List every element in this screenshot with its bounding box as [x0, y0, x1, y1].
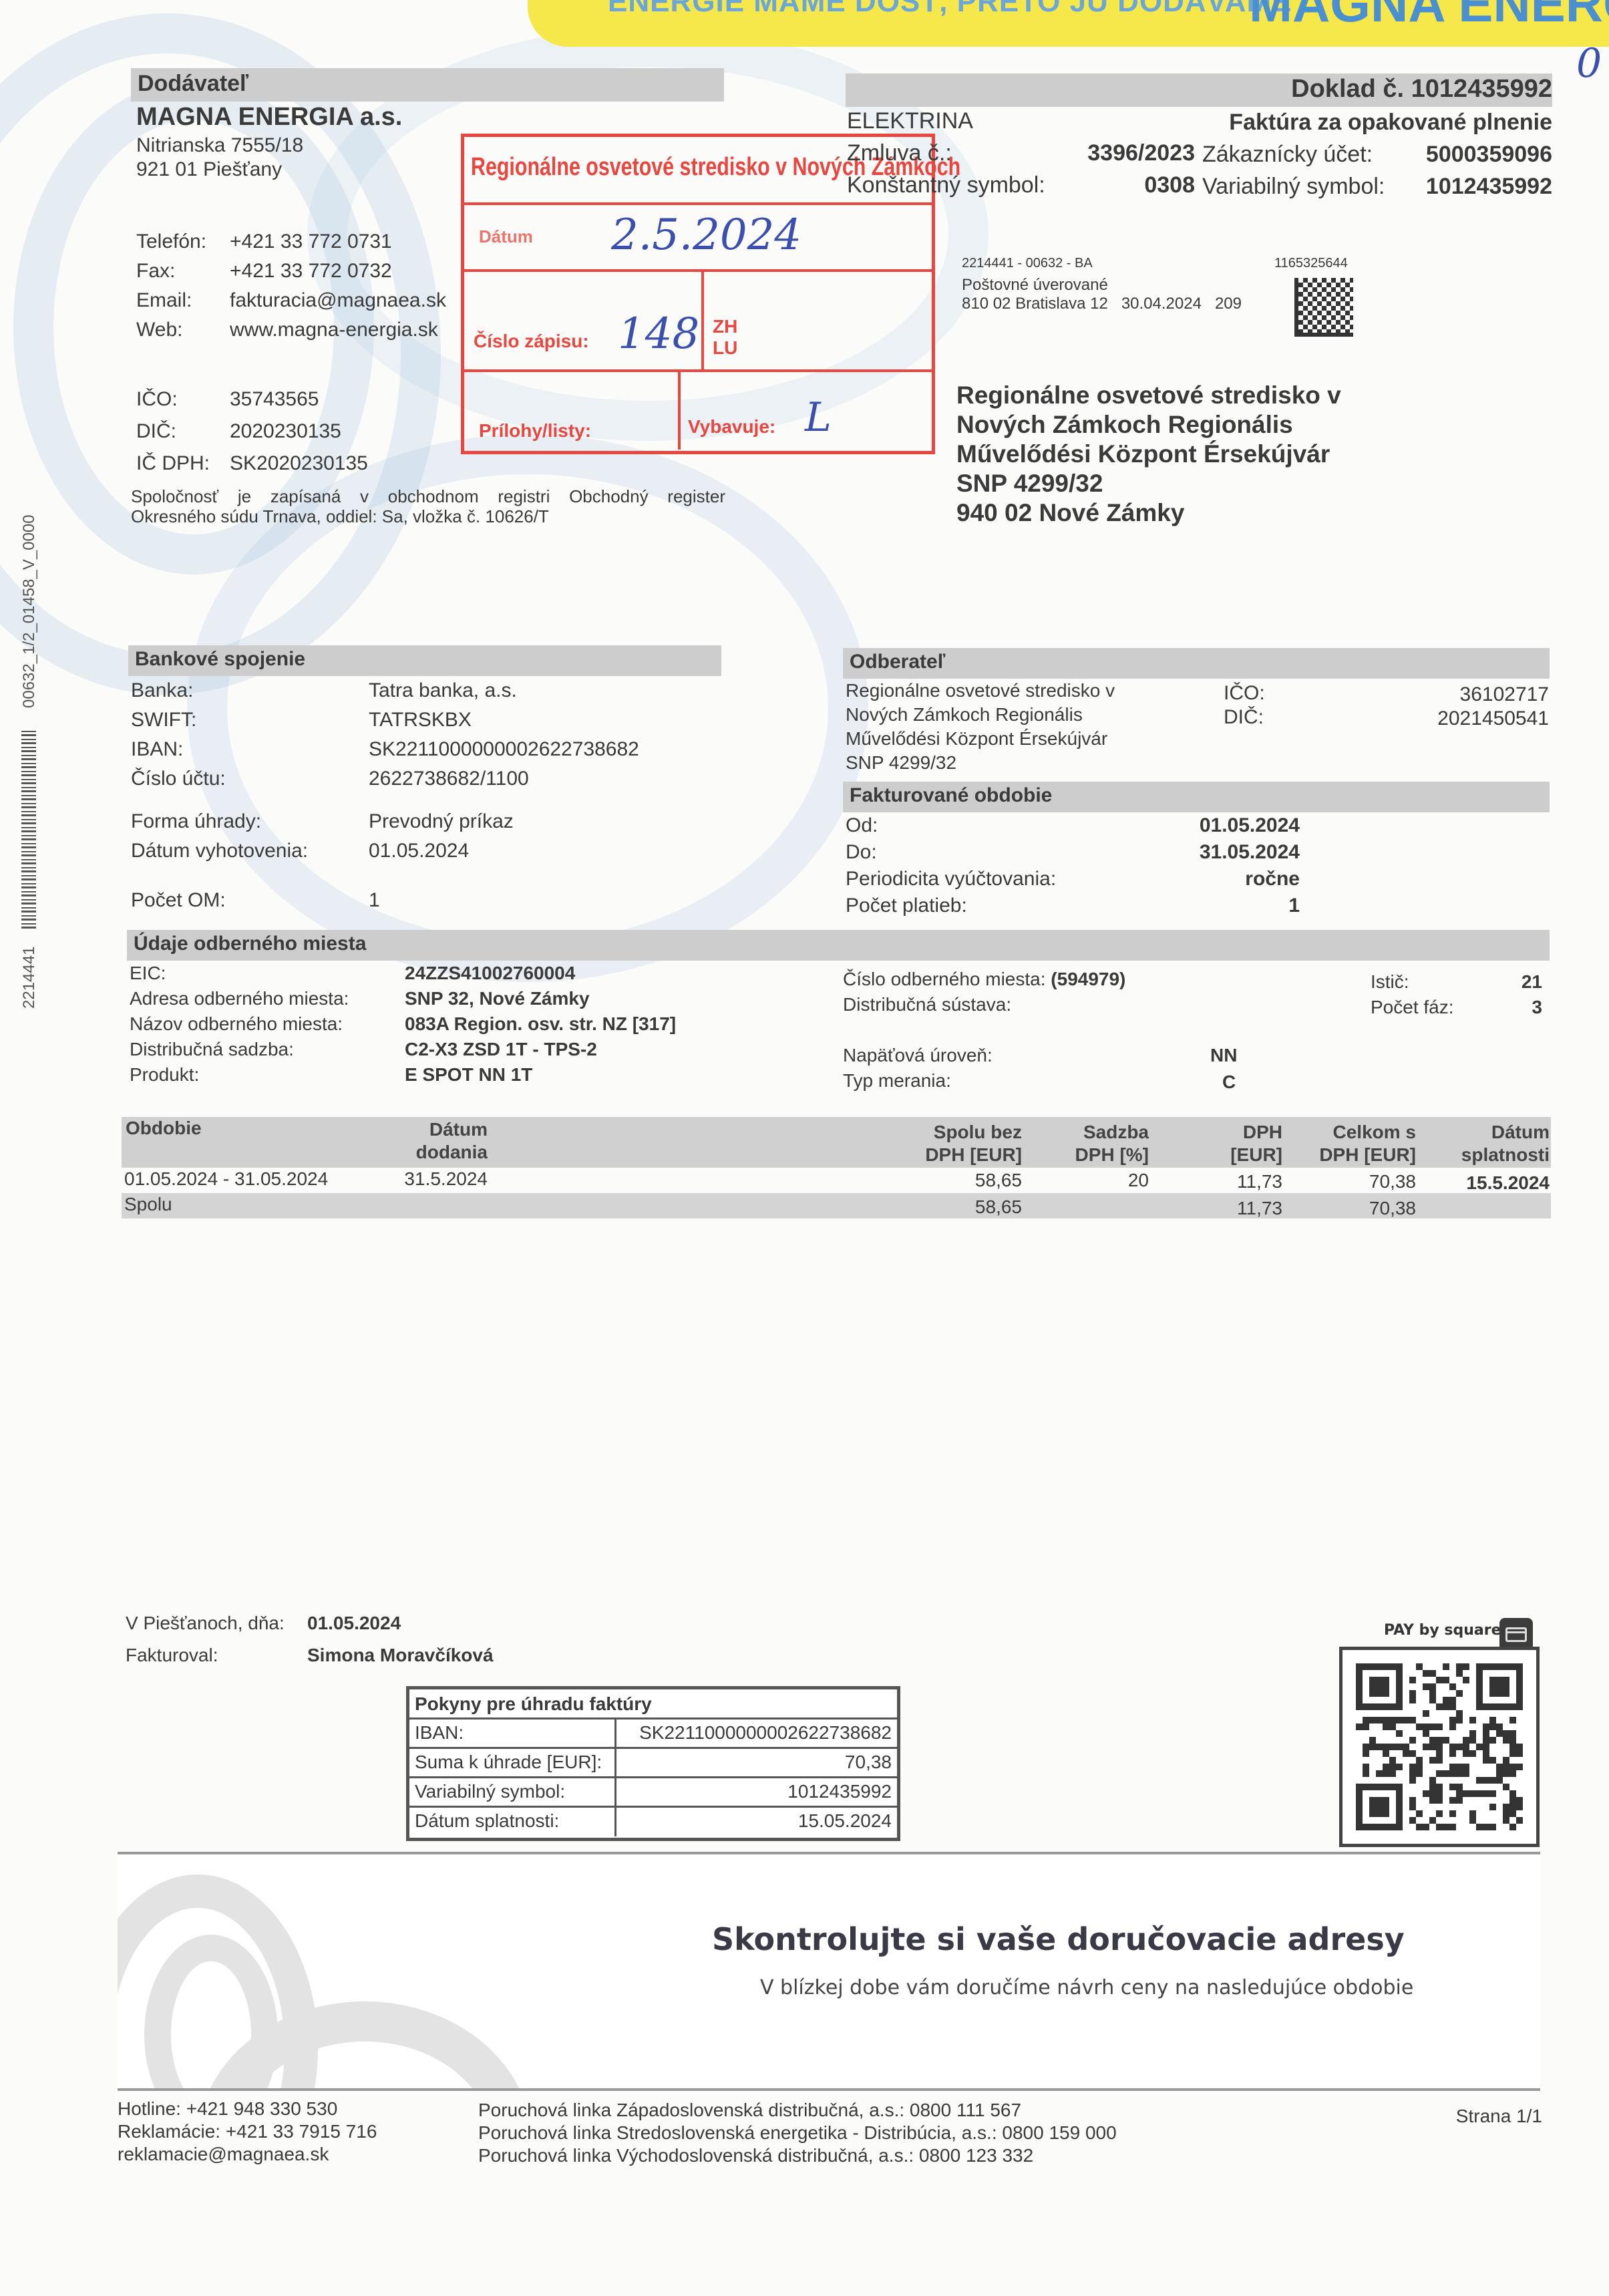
contract-label: Zmluva č.:	[847, 138, 952, 168]
site-phases-label: Počet fáz:	[1371, 994, 1454, 1021]
payment-info: Forma úhrady:Prevodný príkaz Dátum vyhot…	[131, 807, 514, 866]
footer-complaints: Reklamácie: +421 33 7915 716	[118, 2120, 377, 2143]
site-metering-value: C	[1222, 1069, 1236, 1096]
site-row: Distribučná sadzba:C2-X3 ZSD 1T - TPS-2	[130, 1037, 676, 1062]
stamp-handler-label: Vybavuje:	[688, 416, 775, 438]
banner-brand-logo: MAGNA ENERGI	[1249, 0, 1609, 34]
payment-amount: 70,38	[845, 1752, 892, 1773]
row-net: 58,65	[895, 1169, 1022, 1192]
promo-panel: Skontrolujte si vaše doručovacie adresy …	[118, 1852, 1540, 2091]
signoff-place: V Piešťanoch, dňa:01.05.2024	[126, 1610, 401, 1637]
period-row: Od:01.05.2024	[846, 812, 1300, 839]
payment-row: IBAN:SK2211000000002622738682	[409, 1717, 897, 1748]
stamp-date-value: 2.5.2024	[611, 210, 801, 260]
site-rows: EIC:24ZZS41002760004 Adresa odberného mi…	[130, 961, 676, 1088]
bank-details: Banka:Tatra banka, a.s. SWIFT:TATRSKBX I…	[131, 676, 639, 794]
fault-line: Poruchová linka Západoslovenská distribu…	[478, 2099, 1117, 2122]
customer-lines: Regionálne osvetové stredisko v Nových Z…	[846, 679, 1115, 775]
contact-email: Email:fakturacia@magnaea.sk	[136, 286, 446, 315]
col-net: Spolu bezDPH [EUR]	[895, 1121, 1022, 1166]
total-net: 58,65	[895, 1196, 1022, 1218]
row-due: 15.5.2024	[1429, 1172, 1550, 1194]
period-heading: Fakturované obdobie	[850, 784, 1052, 807]
row-delivery: 31.5.2024	[374, 1168, 488, 1190]
side-barcode-icon	[21, 728, 36, 929]
bank-row: SWIFT:TATRSKBX	[131, 705, 639, 735]
site-voltage-label: Napäťová úroveň:	[843, 1042, 993, 1069]
site-heading: Údaje odberného miesta	[134, 933, 366, 955]
site-voltage-value: NN	[1210, 1042, 1237, 1069]
recipient-address: Regionálne osvetové stredisko v Nových Z…	[956, 381, 1341, 528]
qr-code-icon	[1356, 1663, 1523, 1830]
document-type: Faktúra za opakované plnenie	[1229, 107, 1552, 138]
brand-banner: ENERGIE MÁME DOSŤ, PRETO JU DODÁVAME MAG…	[528, 0, 1609, 47]
bank-row: Číslo účtu:2622738682/1100	[131, 764, 639, 794]
promo-subtitle: V blízkej dobe vám doručíme návrh ceny n…	[760, 1976, 1413, 1999]
fault-line: Poruchová linka Stredoslovenská energeti…	[478, 2122, 1117, 2144]
row-vat: 11,73	[1189, 1170, 1282, 1193]
issue-date: Dátum vyhotovenia:01.05.2024	[131, 836, 514, 866]
total-gross: 70,38	[1289, 1197, 1416, 1220]
document-commodity: ELEKTRINA	[847, 106, 973, 136]
supplier-dic: DIČ:2020230135	[136, 416, 368, 448]
payment-row: Variabilný symbol:1012435992	[409, 1776, 897, 1807]
handwritten-mark: 0	[1576, 40, 1602, 87]
bank-row: IBAN:SK2211000000002622738682	[131, 735, 639, 764]
stamp-record-label: Číslo zápisu:	[474, 331, 589, 352]
customer-dic-value: 2021450541	[1437, 704, 1549, 733]
period-row: Do:31.05.2024	[846, 839, 1300, 866]
col-rate: SadzbaDPH [%]	[1042, 1121, 1149, 1166]
site-breaker-label: Istič:	[1371, 969, 1409, 995]
stamp-handler-value: L	[805, 394, 832, 441]
customer-account-value: 5000359096	[1426, 139, 1552, 170]
bank-heading-bar: Bankové spojenie	[128, 645, 721, 676]
total-vat: 11,73	[1189, 1197, 1282, 1220]
postal-ref: 2214441 - 00632 - BA	[962, 254, 1093, 273]
customer-account-label: Zákaznícky účet:	[1202, 139, 1373, 170]
fault-line: Poruchová linka Východoslovenská distrib…	[478, 2144, 1117, 2167]
supplier-email-link[interactable]: fakturacia@magnaea.sk	[230, 286, 446, 315]
site-row: Produkt:E SPOT NN 1T	[130, 1062, 676, 1088]
period-row: Počet platieb:1	[846, 892, 1300, 919]
supplier-ico: IČO:35743565	[136, 383, 368, 416]
qr-code[interactable]	[1339, 1647, 1540, 1847]
promo-title: Skontrolujte si vaše doručovacie adresy	[712, 1921, 1405, 1957]
site-row: Názov odberného miesta:083A Region. osv.…	[130, 1011, 676, 1037]
contract-value: 3396/2023	[1087, 138, 1195, 168]
variable-symbol-value: 1012435992	[1426, 171, 1552, 202]
pay-by-square-label: PAY by square	[1384, 1622, 1501, 1639]
payment-box-heading: Pokyny pre úhradu faktúry	[415, 1693, 652, 1715]
footer-hotline: Hotline: +421 948 330 530	[118, 2098, 377, 2120]
site-breaker-value: 21	[1522, 969, 1542, 995]
constant-symbol-value: 0308	[1144, 170, 1195, 200]
om-count: Počet OM:1	[131, 886, 380, 915]
site-heading-bar: Údaje odberného miesta	[127, 930, 1550, 961]
signoff-issuer: Fakturoval:Simona Moravčíková	[126, 1642, 494, 1669]
footer-fault-lines: Poruchová linka Západoslovenská distribu…	[478, 2099, 1117, 2167]
postal-line-2: 810 02 Bratislava 12 30.04.2024 209	[962, 291, 1242, 317]
stamp-date-label: Dátum	[479, 226, 533, 247]
period-rows: Od:01.05.2024 Do:31.05.2024 Periodicita …	[846, 812, 1300, 919]
supplier-ic-dph: IČ DPH:SK2020230135	[136, 448, 368, 480]
payment-iban[interactable]: SK2211000000002622738682	[639, 1722, 892, 1744]
postal-code: 1165325644	[1274, 254, 1348, 273]
page-number: Strana 1/1	[1456, 2103, 1542, 2130]
bank-heading: Bankové spojenie	[135, 648, 305, 671]
supplier-city: 921 01 Piešťany	[136, 155, 282, 184]
payment-var-symbol: 1012435992	[787, 1781, 892, 1802]
footer-email-link[interactable]: reklamacie@magnaea.sk	[118, 2143, 377, 2166]
total-label: Spolu	[124, 1193, 172, 1216]
payment-row: Dátum splatnosti:15.05.2024	[409, 1806, 897, 1836]
site-phases-value: 3	[1532, 994, 1542, 1021]
period-heading-bar: Fakturované obdobie	[843, 782, 1550, 812]
stamp-attachments-label: Prílohy/listy:	[479, 420, 591, 442]
row-gross: 70,38	[1289, 1170, 1416, 1193]
period-row: Periodicita vyúčtovania:ročne	[846, 866, 1300, 892]
site-metering-label: Typ merania:	[843, 1068, 951, 1094]
stamp-dept-1: ZH	[713, 316, 737, 337]
site-row: Adresa odberného miesta:SNP 32, Nové Zám…	[130, 986, 676, 1011]
supplier-heading-bar: Dodávateľ	[131, 68, 724, 102]
document-title: Doklad č. 1012435992	[1291, 75, 1552, 104]
stamp-record-value: 148	[618, 309, 699, 359]
bank-row: Banka:Tatra banka, a.s.	[131, 676, 639, 705]
site-number: Číslo odberného miesta: (594979)	[843, 966, 1125, 993]
contact-fax: Fax:+421 33 772 0732	[136, 257, 446, 286]
row-rate: 20	[1042, 1169, 1149, 1192]
payment-row: Suma k úhrade [EUR]:70,38	[409, 1747, 897, 1778]
footer-contacts: Hotline: +421 948 330 530 Reklamácie: +4…	[118, 2098, 377, 2166]
col-due: Dátumsplatnosti	[1429, 1121, 1550, 1166]
side-code: 00632_1/2_01458_V_0000	[20, 514, 39, 708]
customer-dic-label: DIČ:	[1224, 703, 1264, 732]
contact-web: Web:www.magna-energia.sk	[136, 315, 446, 345]
banner-slogan: ENERGIE MÁME DOSŤ, PRETO JU DODÁVAME	[608, 0, 1292, 19]
side-number: 2214441	[20, 947, 39, 1009]
supplier-name: MAGNA ENERGIA a.s.	[136, 102, 402, 132]
row-period: 01.05.2024 - 31.05.2024	[124, 1168, 328, 1190]
registry-note-2: Okresného súdu Trnava, oddiel: Sa, vložk…	[131, 504, 549, 529]
payment-instructions-box: Pokyny pre úhradu faktúry IBAN:SK2211000…	[406, 1686, 900, 1841]
stamp-dept-2: LU	[713, 337, 737, 359]
constant-symbol-label: Konštantný symbol:	[847, 170, 1045, 200]
col-delivery: Dátumdodania	[374, 1118, 488, 1164]
site-dist-system-label: Distribučná sústava:	[843, 991, 1011, 1018]
customer-heading: Odberateľ	[850, 651, 945, 673]
contact-phone: Telefón:+421 33 772 0731	[136, 227, 446, 257]
variable-symbol-label: Variabilný symbol:	[1202, 171, 1385, 202]
supplier-heading: Dodávateľ	[138, 71, 248, 97]
payment-due-date: 15.05.2024	[798, 1810, 892, 1832]
site-row: EIC:24ZZS41002760004	[130, 961, 676, 986]
col-vat: DPH[EUR]	[1189, 1121, 1282, 1166]
supplier-ids: IČO:35743565 DIČ:2020230135 IČ DPH:SK202…	[136, 383, 368, 480]
col-gross: Celkom sDPH [EUR]	[1289, 1121, 1416, 1166]
customer-heading-bar: Odberateľ	[843, 648, 1550, 679]
supplier-web-link[interactable]: www.magna-energia.sk	[230, 315, 438, 345]
datamatrix-code-icon	[1294, 278, 1353, 337]
payment-form: Forma úhrady:Prevodný príkaz	[131, 807, 514, 836]
supplier-contacts: Telefón:+421 33 772 0731 Fax:+421 33 772…	[136, 227, 446, 345]
col-period: Obdobie	[126, 1117, 202, 1140]
